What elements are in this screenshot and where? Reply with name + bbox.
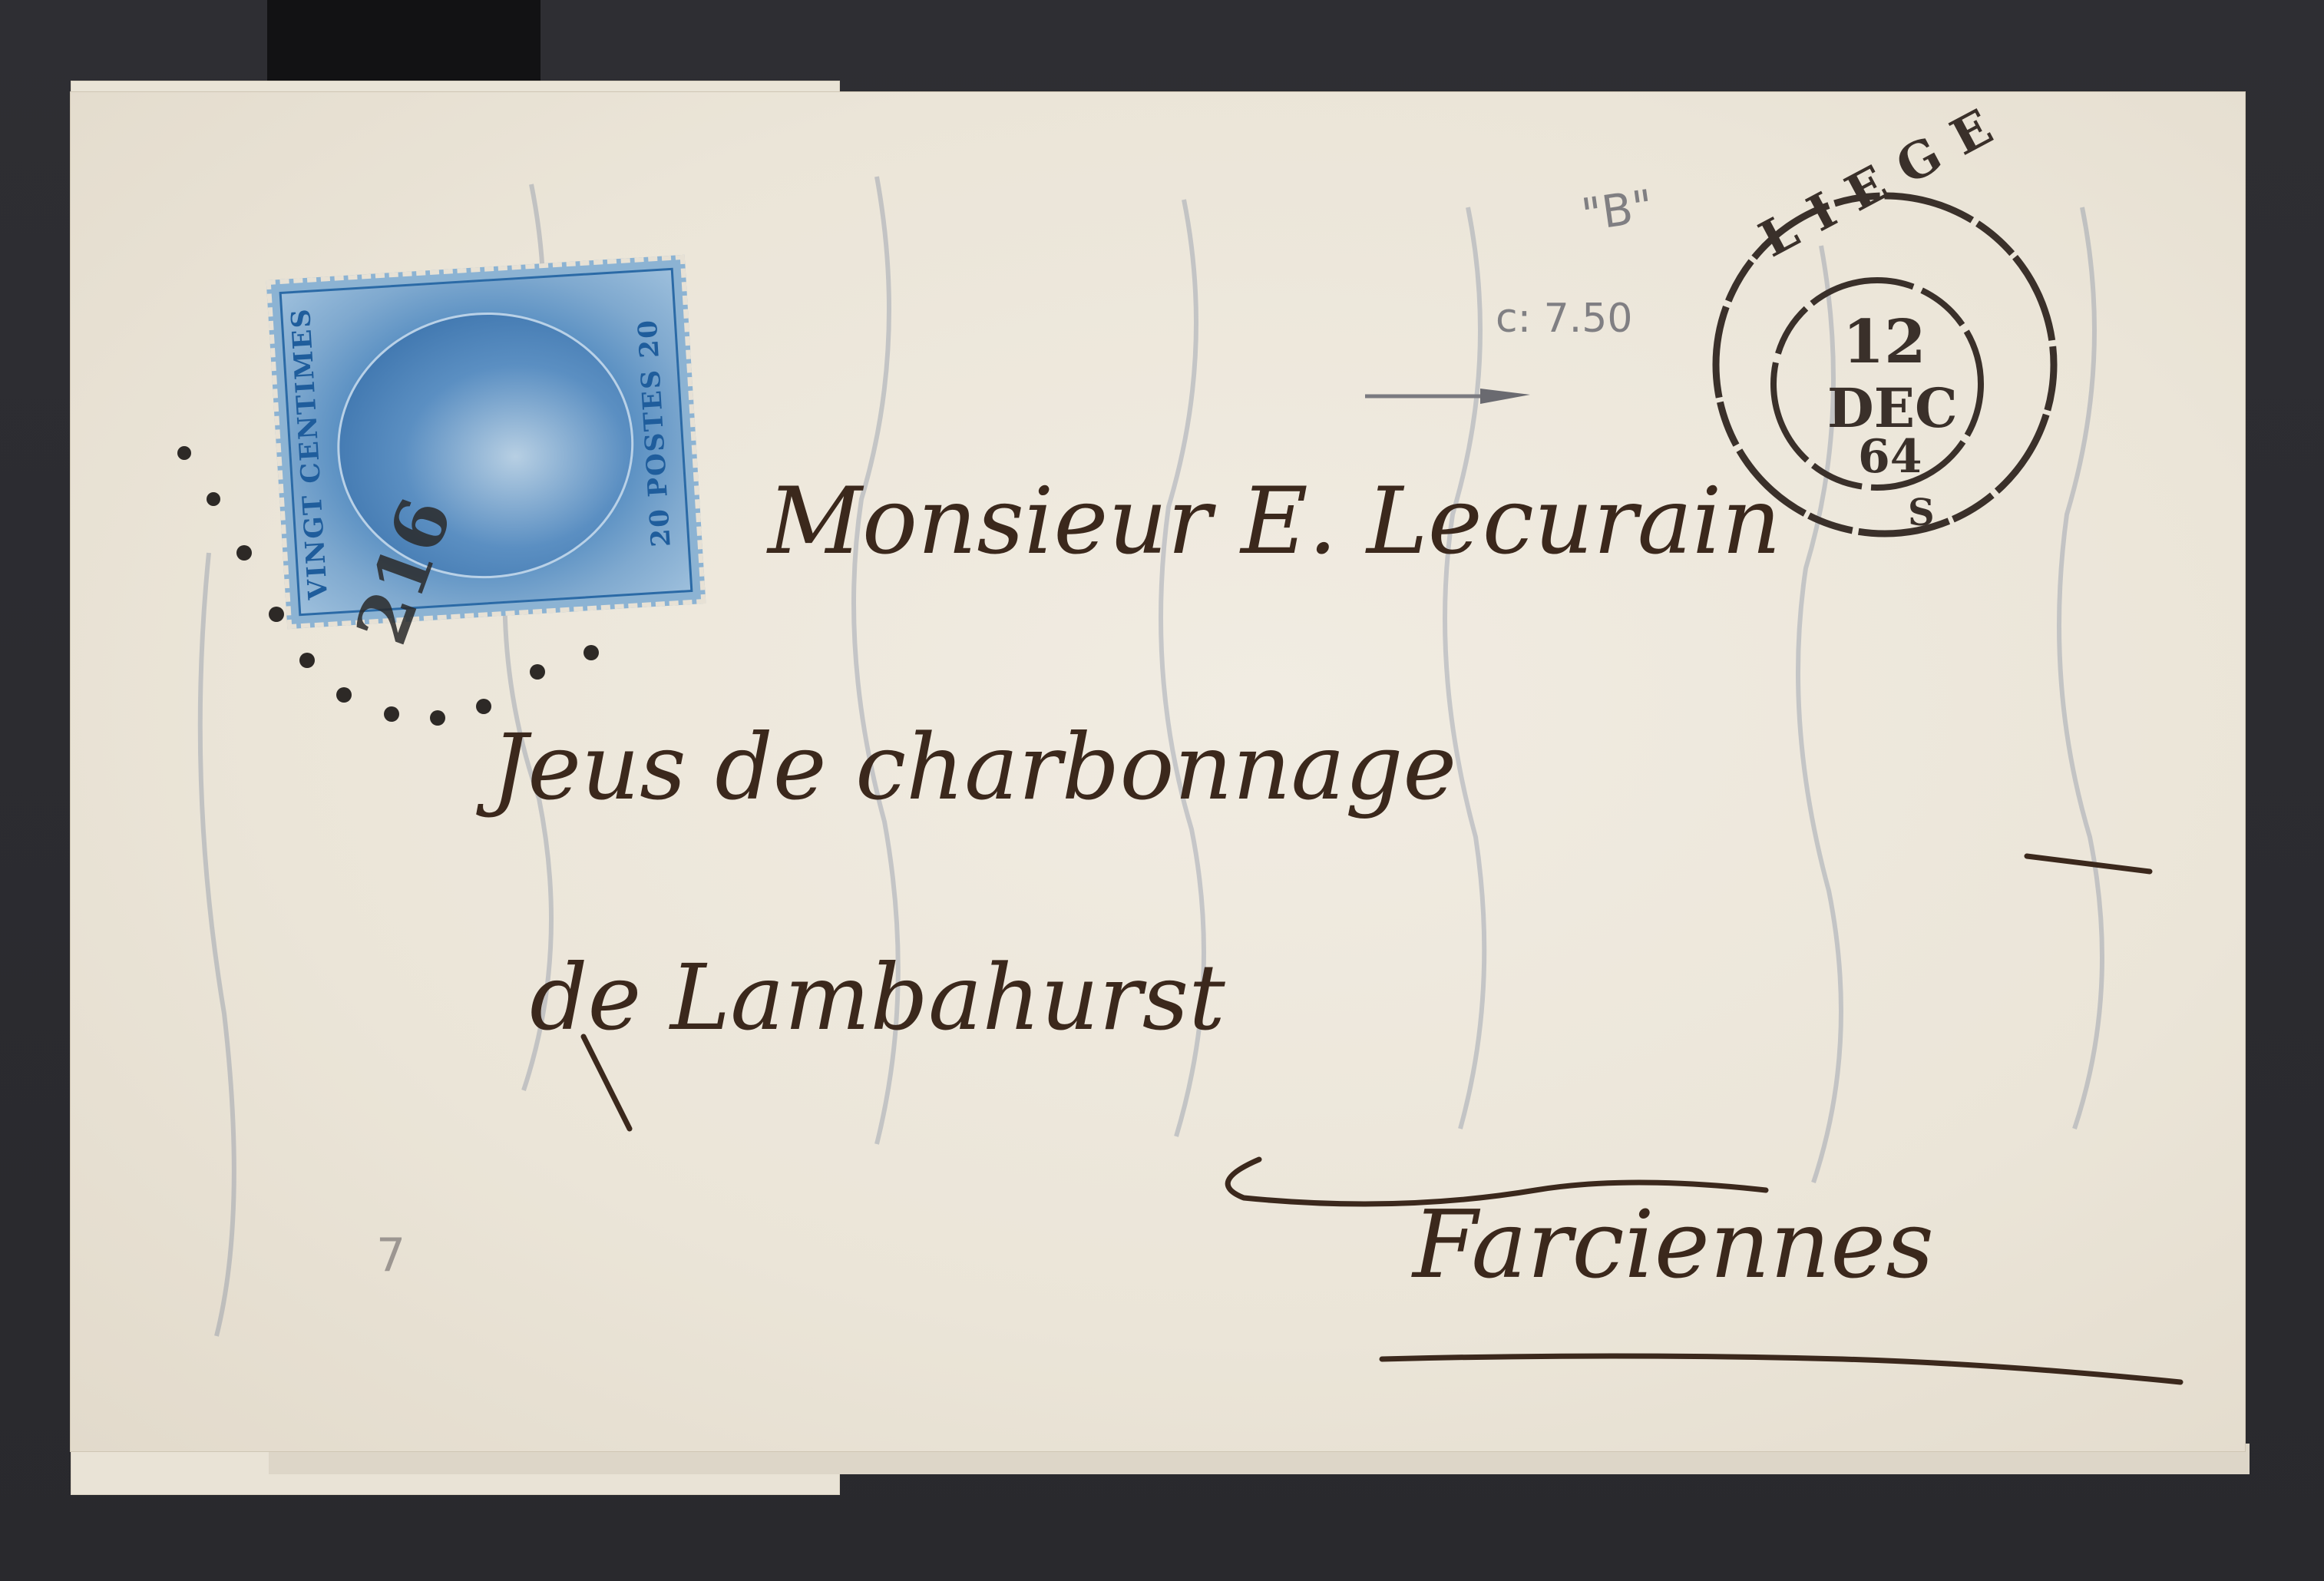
pencil-number-note: 7 [376, 1229, 405, 1282]
postmark-year: 64 [1858, 430, 1922, 484]
pencil-arrow-icon [1365, 387, 1530, 405]
address-company: Jeus de charbonnage [491, 714, 1456, 820]
postmark-suffix: S [1908, 491, 1935, 534]
stamp-value-words: VINGT CENTIMES [285, 299, 342, 608]
stamp-frame: 20 POSTES 20 VINGT CENTIMES [279, 268, 693, 617]
address-town: Farciennes [1413, 1190, 1934, 1299]
pencil-price-note: c: 7.50 [1496, 296, 1632, 342]
postage-stamp: 20 POSTES 20 VINGT CENTIMES [266, 255, 706, 629]
address-recipient: Monsieur E. Lecurain [768, 468, 1781, 575]
postmark-day: 12 [1843, 307, 1926, 377]
black-mount-strip [267, 0, 541, 92]
pencil-letter-note: "B" [1579, 180, 1657, 241]
address-locality: de Lambahurst [530, 944, 1225, 1050]
stamp-denomination-text: 20 POSTES 20 [630, 278, 687, 587]
